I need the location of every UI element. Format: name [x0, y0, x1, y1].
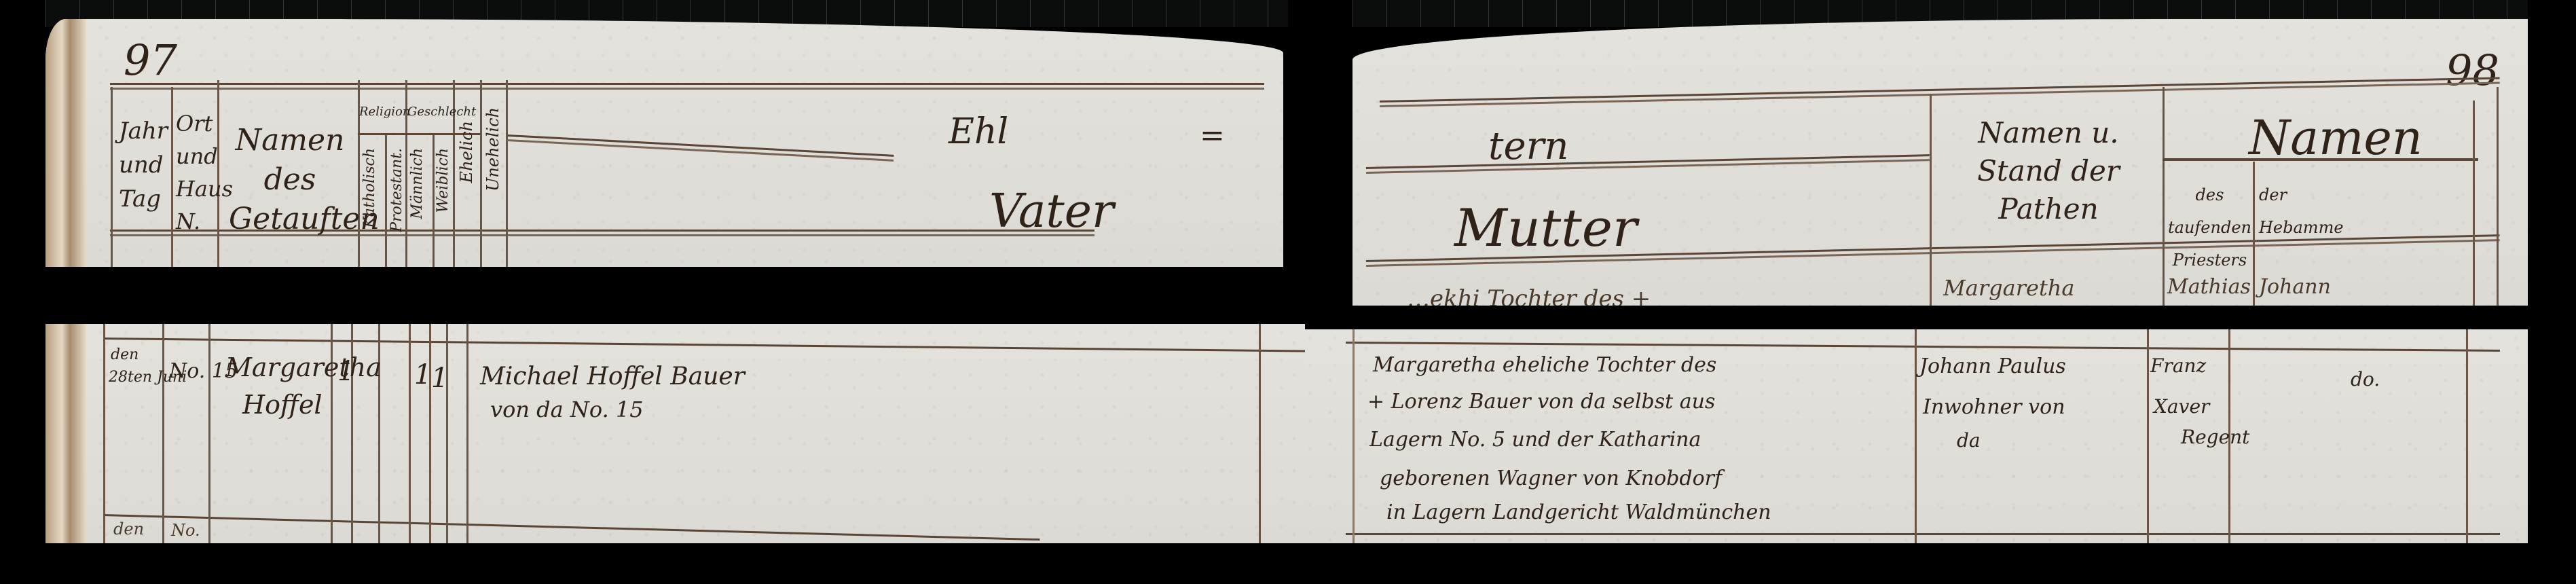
mother-fragment: …ekhi Tochter des + [1407, 287, 1651, 306]
record-child-name-line1: Margaretha [225, 354, 382, 380]
godparent-fragment: Margaretha [1943, 277, 2074, 299]
header-top-rule [1380, 77, 2500, 107]
record-godparent-line2: Inwohner von [1923, 397, 2065, 418]
col-divider [103, 324, 105, 543]
record-father-line1: Michael Hoffel Bauer [480, 365, 745, 389]
next-row-house-fragment: No. [171, 522, 200, 539]
book-spine-left [45, 324, 86, 543]
page-number-98: 98 [2446, 50, 2499, 92]
record-godparent-line3: da [1957, 431, 1981, 450]
col-divider [409, 324, 411, 543]
header-date: Jahr und Tag [119, 114, 166, 216]
record-priest-line2: Xaver [2154, 397, 2209, 416]
priest-fragment: Mathias [2167, 277, 2251, 297]
header-religion: Religion [359, 106, 410, 118]
col-divider [111, 87, 113, 267]
record-priest-line3: Regent [2181, 428, 2249, 447]
header-illegitimate: Unehelich [483, 107, 502, 191]
record-father-line2: von da No. 15 [490, 399, 644, 420]
record-female-mark: 1 [414, 361, 431, 388]
col-divider [2147, 329, 2149, 543]
header-male: Männlich [409, 148, 426, 219]
col-divider [480, 80, 482, 267]
header-protestant: Protestant. [388, 148, 405, 232]
next-row-date-fragment: den [113, 521, 144, 537]
header-names-group: Namen [2249, 114, 2423, 162]
mother-top-rule [1366, 154, 1930, 174]
col-divider [2163, 87, 2165, 306]
col-divider [2473, 101, 2475, 306]
record-mother-line5: in Lagern Landgericht Waldmünchen [1386, 503, 1771, 523]
row-bottom-rule [103, 514, 1040, 541]
record-mother-line4: geborenen Wagner von Knobdorf [1380, 469, 1722, 489]
col-divider [171, 87, 173, 267]
header-top-rule [110, 83, 1264, 90]
header-midwife: der Hebamme [2259, 179, 2337, 244]
header-catholic: Katholisch [361, 148, 378, 228]
book-spine-left [45, 19, 86, 267]
record-godparent-line1: Johann Paulus [1919, 357, 2066, 377]
col-divider [1915, 329, 1917, 543]
header-sex: Geschlecht [407, 106, 476, 118]
col-divider [2253, 162, 2255, 306]
header-father: Vater [989, 189, 1114, 235]
tile-page-98-header: 98 tern Mutter Namen u. Stand der Pathen… [1353, 19, 2528, 306]
col-divider [466, 324, 468, 543]
col-divider [208, 324, 210, 543]
row-top-rule [103, 337, 1305, 352]
header-female: Weiblich [435, 148, 452, 213]
page-number-97: 97 [124, 39, 177, 81]
col-divider [446, 324, 448, 543]
parents-mid-rule [507, 134, 894, 162]
header-parents-part2: tern [1488, 128, 1568, 166]
header-legitimate: Ehelich [457, 121, 476, 183]
col-divider [2497, 87, 2499, 306]
tile-page-97-header: 97 Jahr und Tag Ort und Haus N. Namen de… [45, 19, 1283, 267]
header-child-name: Namen des Getauften [229, 121, 351, 239]
col-divider [429, 324, 431, 543]
record-midwife: do. [2351, 370, 2380, 389]
col-divider [385, 134, 387, 267]
tile-page-97-record: den 28ten Juni No. 15 Margaretha Hoffel … [45, 324, 1305, 543]
record-mother-line3: Lagern No. 5 und der Katharina [1369, 430, 1701, 450]
col-divider [217, 80, 219, 267]
header-parents-part1: Ehl [949, 114, 1008, 149]
record-child-name-line2: Hoffel [242, 392, 323, 418]
header-godparents: Namen u. Stand der Pathen [1936, 114, 2160, 228]
header-priest: des taufenden Priesters [2167, 179, 2252, 276]
gutter [1353, 329, 1355, 543]
record-mother-line2: + Lorenz Bauer von da selbst aus [1367, 392, 1715, 412]
midwife-fragment: Johann [2259, 277, 2331, 297]
header-parents-separator: = [1200, 121, 1225, 151]
header-mother: Mutter [1454, 202, 1637, 254]
record-catholic-mark: 1 [337, 358, 354, 385]
record-legitimate-mark: 1 [431, 365, 448, 392]
header-house: Ort und Haus N. [176, 107, 217, 238]
record-priest-line1: Franz [2150, 357, 2206, 376]
col-divider [1259, 324, 1261, 543]
col-divider [1930, 94, 1932, 306]
col-divider [162, 324, 164, 543]
row-bottom-rule [1346, 533, 2500, 535]
record-date-line1: den [111, 348, 139, 363]
col-divider [506, 80, 508, 267]
row-top-rule [1346, 342, 2500, 352]
record-mother-line1: Margaretha eheliche Tochter des [1373, 355, 1716, 376]
tile-page-98-record: Margaretha eheliche Tochter des + Lorenz… [1305, 329, 2528, 543]
col-divider [2466, 329, 2468, 543]
